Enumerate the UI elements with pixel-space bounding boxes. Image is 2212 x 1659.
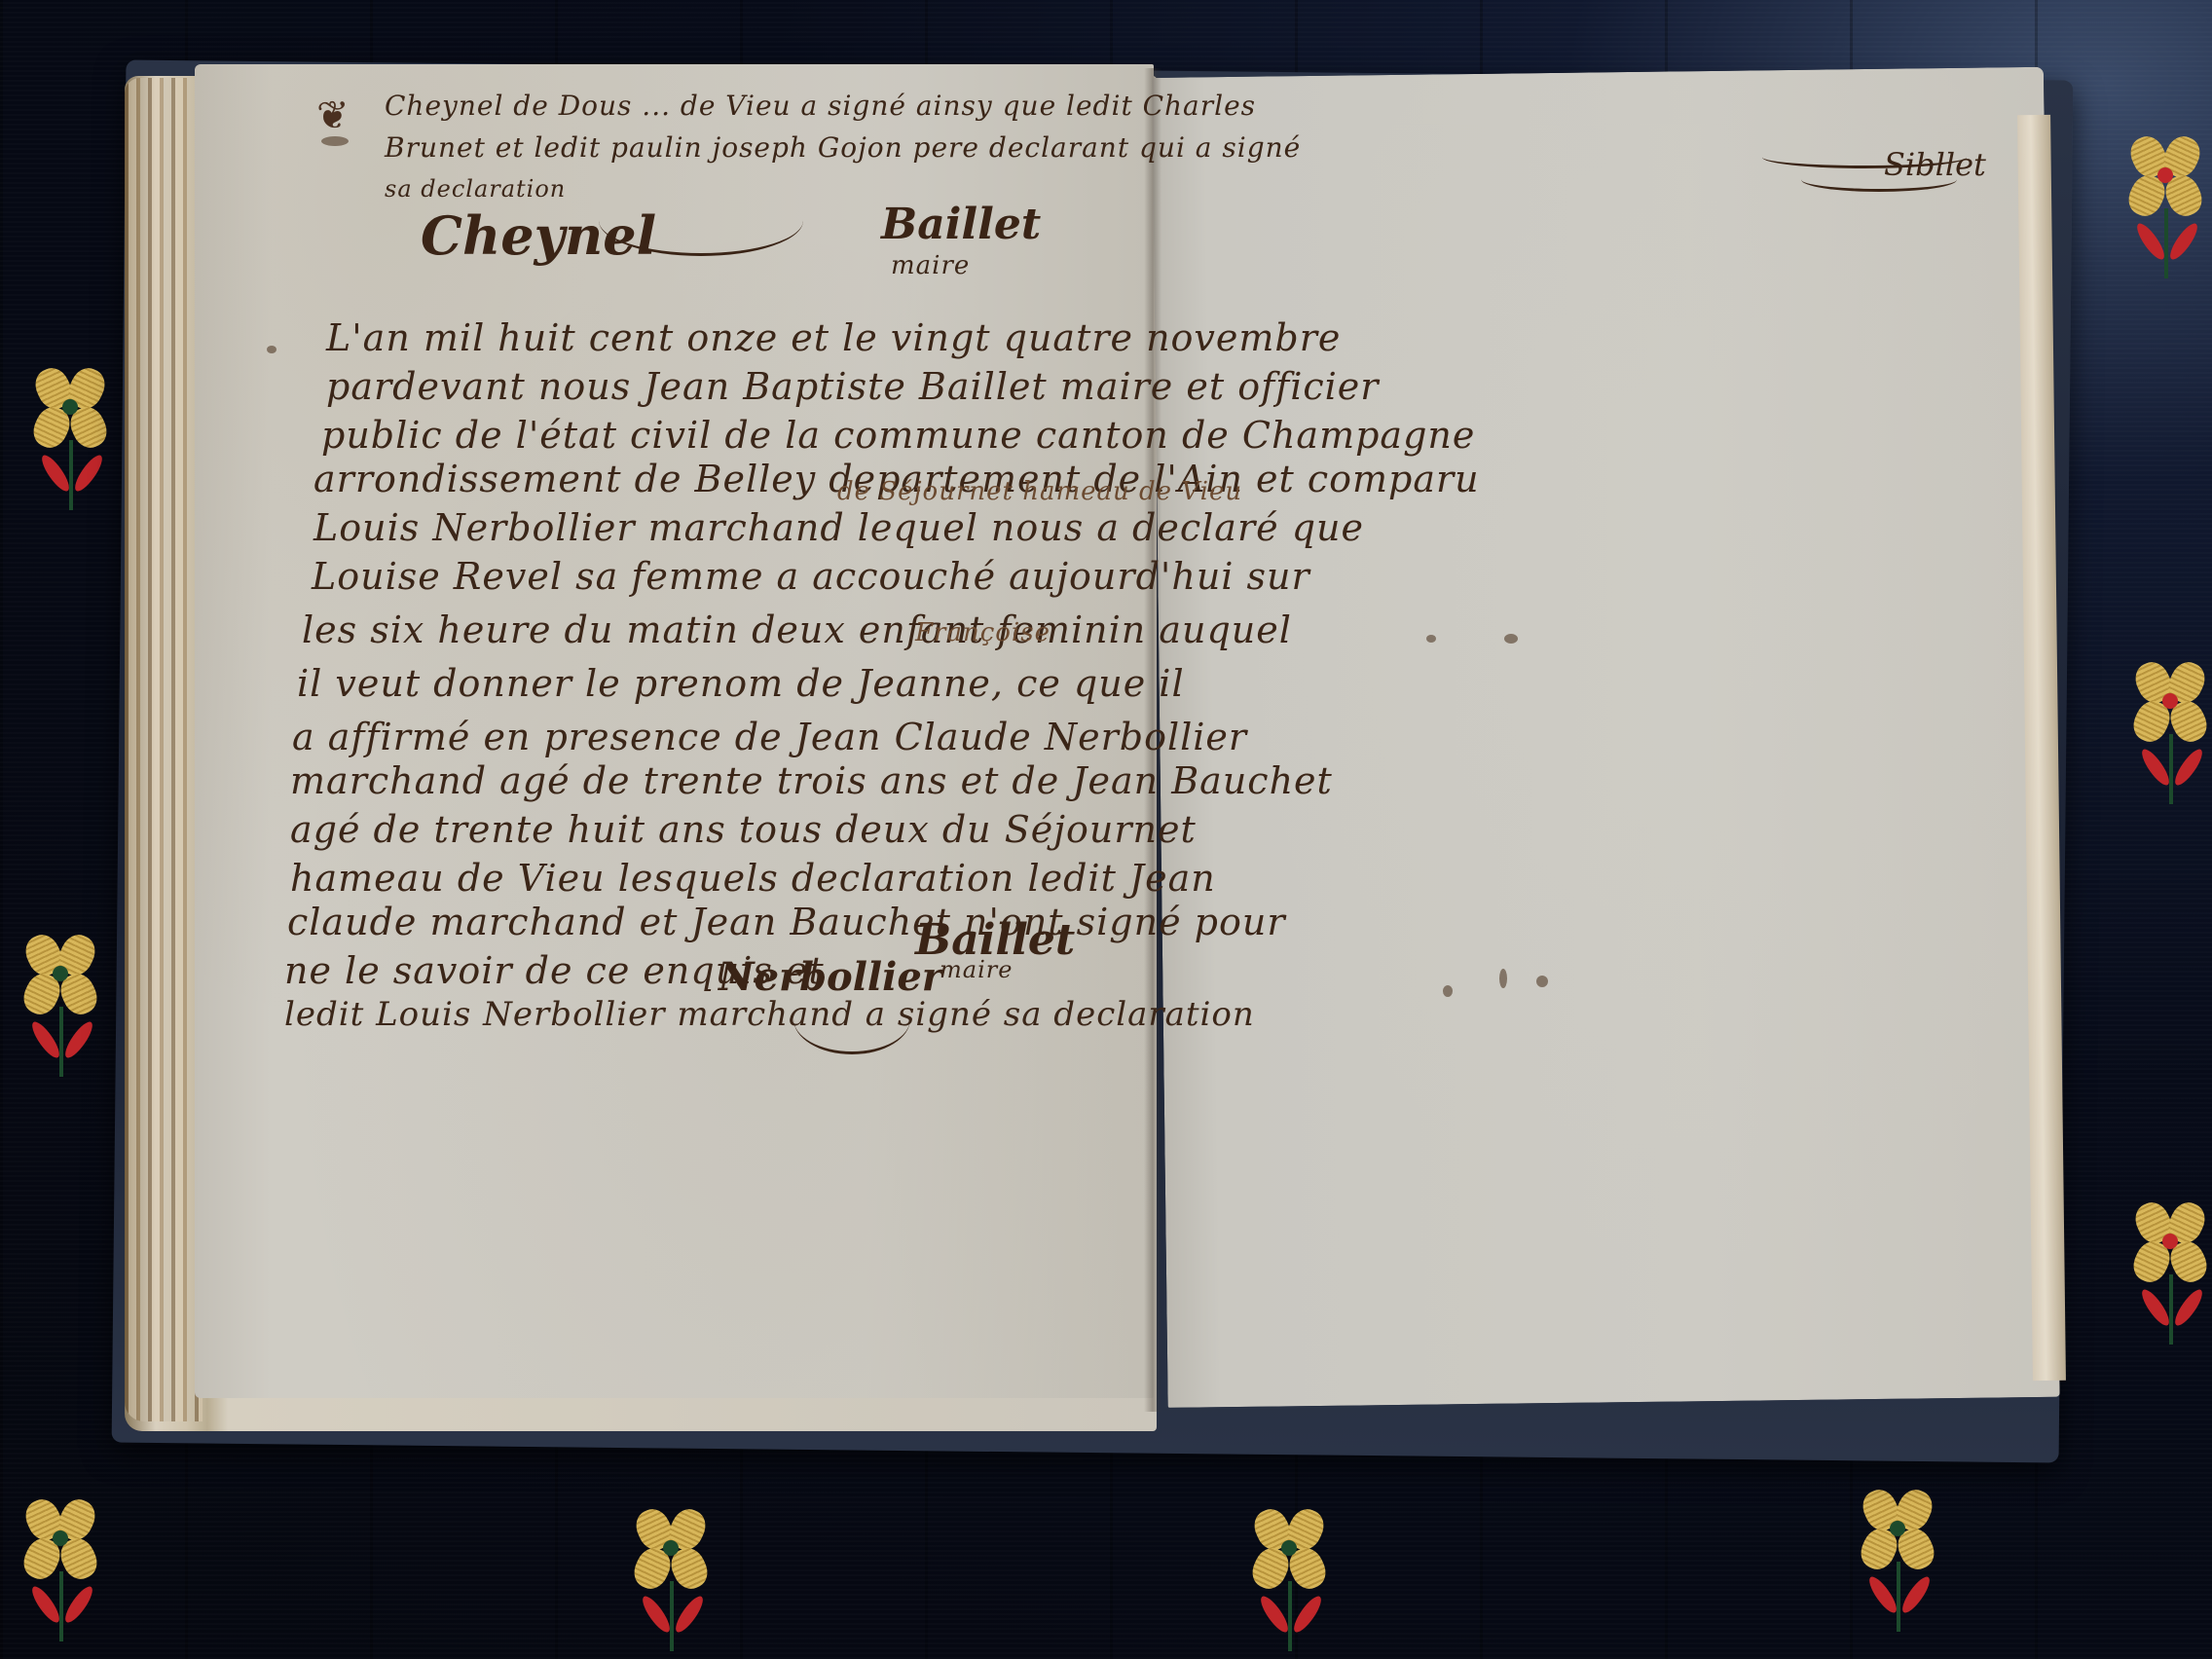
interlinear-insertion: de Séjournet hameau de Vieu	[837, 477, 1242, 506]
record-line: L'an mil huit cent onze et le vingt quat…	[326, 316, 1341, 359]
flower-embroidery-icon	[1855, 1490, 1942, 1636]
record-line: il veut donner le prenom de Jeanne, ce q…	[297, 662, 1185, 705]
signature-flourish	[1801, 167, 1957, 192]
flower-embroidery-icon	[628, 1509, 716, 1655]
record-line: claude marchand et Jean Bauchet n'ont si…	[287, 901, 1286, 943]
ink-stain	[1536, 976, 1548, 987]
flower-embroidery-icon	[2127, 662, 2212, 808]
flower-embroidery-icon	[18, 935, 105, 1081]
signature-flourish	[1762, 146, 1967, 168]
flower-embroidery-icon	[27, 368, 115, 514]
ink-stain	[267, 346, 276, 353]
signature-flourish	[599, 185, 803, 256]
previous-entry-line: sa declaration	[385, 175, 566, 203]
previous-entry-line: Brunet et ledit paulin joseph Gojon pere…	[385, 131, 1301, 164]
record-line: Louise Revel sa femme a accouché aujourd…	[312, 555, 1310, 598]
signature-baillet: Baillet	[881, 200, 1041, 249]
ink-stain	[1504, 634, 1518, 644]
worn-page-edges	[125, 78, 203, 1421]
record-line: les six heure du matin deux enfant femin…	[302, 608, 1292, 651]
signature-mayor-title: maire	[891, 251, 970, 280]
signature-mayor-title: maire	[940, 956, 1013, 983]
record-line: agé de trente huit ans tous deux du Séjo…	[290, 808, 1197, 851]
margin-flourish: ❦	[316, 93, 350, 138]
ink-stain	[1443, 985, 1453, 997]
record-line: ledit Louis Nerbollier marchand a signé …	[284, 995, 1255, 1034]
signature-flourish	[793, 983, 910, 1054]
ink-stain	[1499, 969, 1507, 988]
ink-stain	[321, 136, 349, 146]
name-correction: Françoise	[915, 618, 1051, 647]
record-line: marchand agé de trente trois ans et de J…	[290, 759, 1333, 802]
flower-embroidery-icon	[2127, 1202, 2212, 1348]
record-line: a affirmé en presence de Jean Claude Ner…	[292, 716, 1247, 758]
flower-embroidery-icon	[18, 1499, 105, 1645]
ink-stain	[1426, 635, 1436, 643]
record-line: hameau de Vieu lesquels declaration ledi…	[290, 857, 1216, 900]
flower-embroidery-icon	[2122, 136, 2210, 282]
flower-embroidery-icon	[1246, 1509, 1334, 1655]
previous-entry-line: Cheynel de Dous ... de Vieu a signé ains…	[385, 90, 1256, 122]
record-line: pardevant nous Jean Baptiste Baillet mai…	[326, 365, 1379, 408]
record-line: public de l'état civil de la commune can…	[321, 414, 1475, 457]
record-line: Louis Nerbollier marchand lequel nous a …	[313, 506, 1364, 549]
right-page	[1152, 67, 2060, 1408]
